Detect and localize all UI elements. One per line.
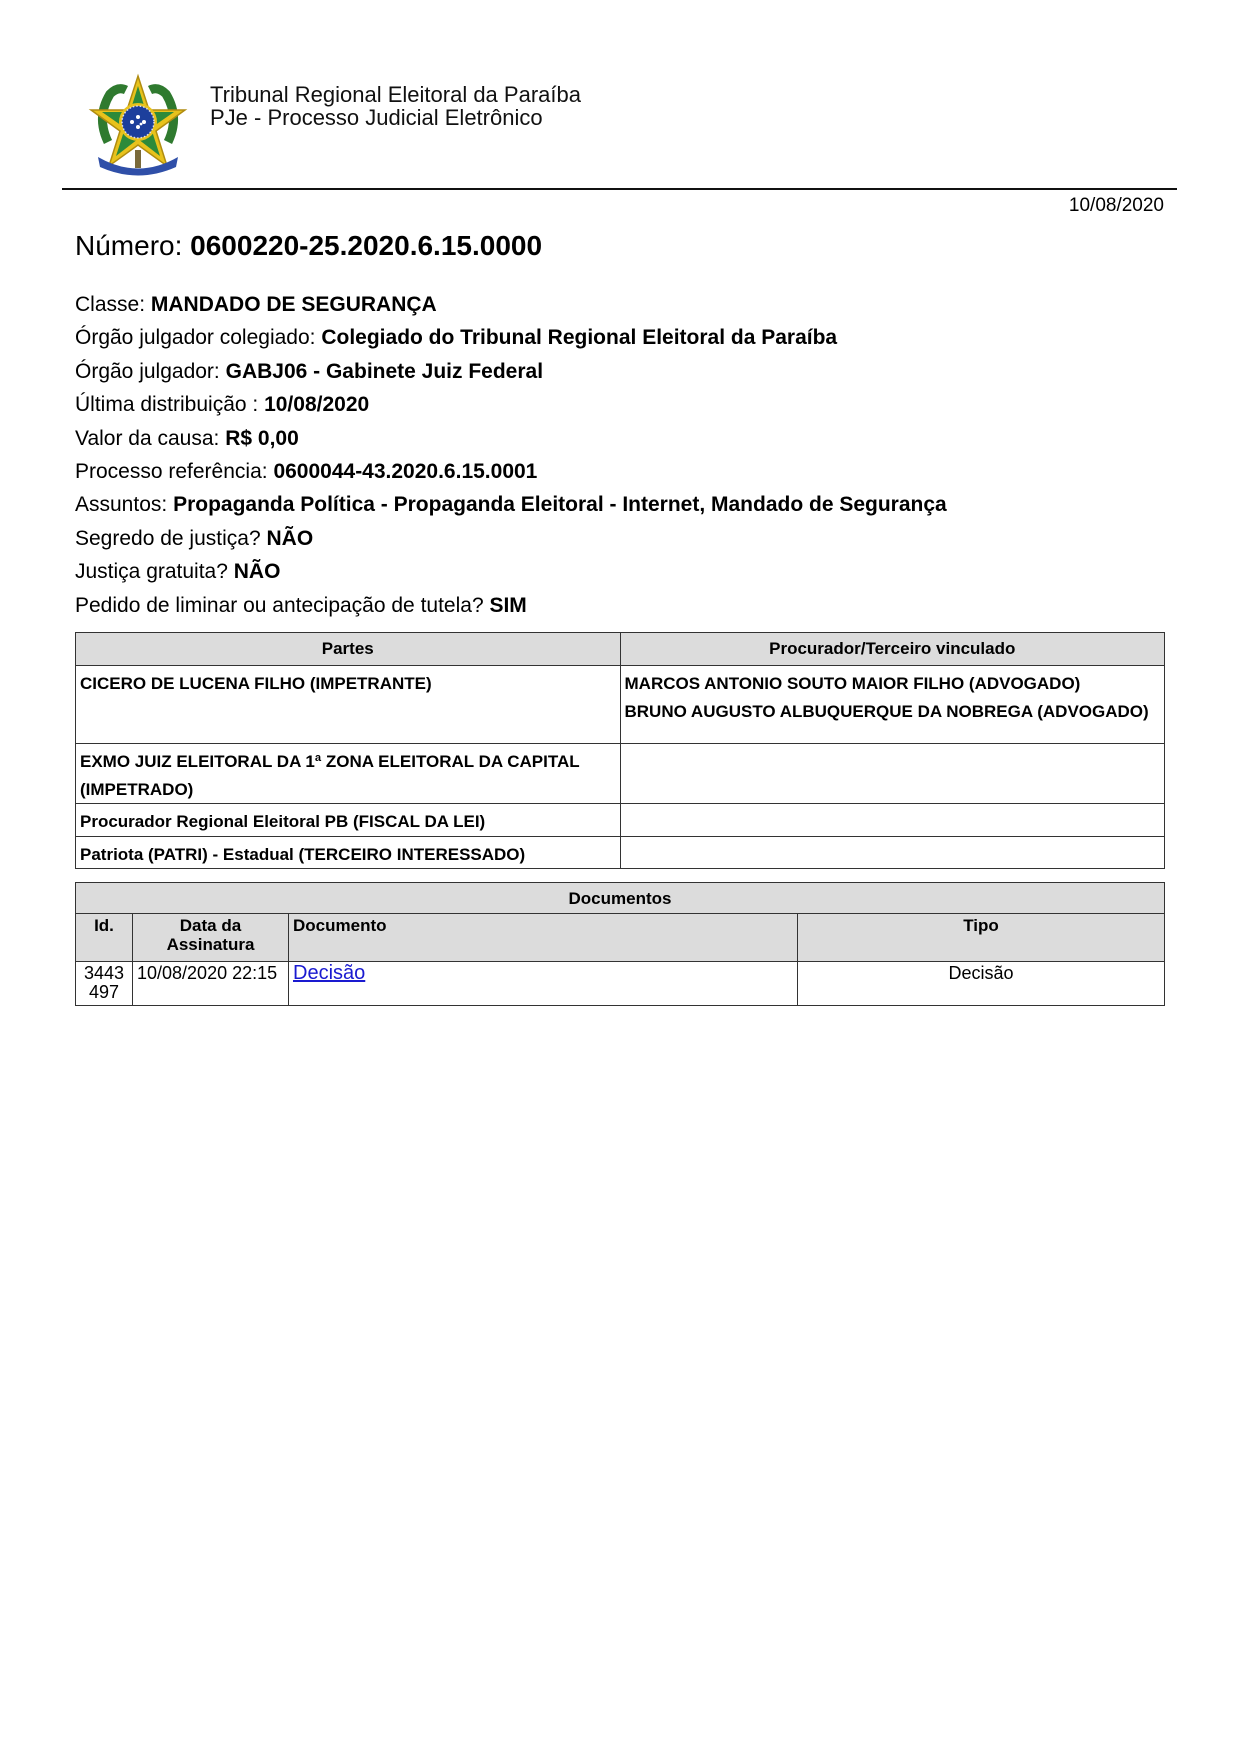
partes-row: EXMO JUIZ ELEITORAL DA 1ª ZONA ELEITORAL… [76, 744, 1165, 804]
documento-data: 10/08/2020 22:15 [133, 962, 289, 1006]
partes-row: Patriota (PATRI) - Estadual (TERCEIRO IN… [76, 836, 1165, 869]
field-value: SIM [489, 594, 526, 617]
institution-block: Tribunal Regional Eleitoral da Paraíba P… [210, 83, 581, 129]
documento-row: 344349710/08/2020 22:15DecisãoDecisão [76, 962, 1165, 1006]
documento-tipo: Decisão [798, 962, 1165, 1006]
field-value: 0600044-43.2020.6.15.0001 [273, 460, 537, 483]
field-row: Segredo de justiça? NÃO [75, 522, 947, 555]
documento-link[interactable]: Decisão [293, 962, 365, 984]
institution-name: Tribunal Regional Eleitoral da Paraíba [210, 83, 581, 106]
parte-cell: CICERO DE LUCENA FILHO (IMPETRANTE) [76, 666, 621, 744]
field-label: Processo referência: [75, 460, 268, 483]
field-row: Órgão julgador colegiado: Colegiado do T… [75, 321, 947, 354]
id-header: Id. [76, 914, 133, 962]
field-row: Justiça gratuita? NÃO [75, 555, 947, 588]
field-value: GABJ06 - Gabinete Juiz Federal [226, 360, 543, 383]
field-row: Pedido de liminar ou antecipação de tute… [75, 589, 947, 622]
procurador-name: MARCOS ANTONIO SOUTO MAIOR FILHO (ADVOGA… [625, 670, 1161, 698]
field-label: Assuntos: [75, 493, 167, 516]
procurador-cell [620, 836, 1165, 869]
field-label: Segredo de justiça? [75, 527, 261, 550]
data-header: Data da Assinatura [133, 914, 289, 962]
field-value: 10/08/2020 [264, 393, 369, 416]
procurador-name: BRUNO AUGUSTO ALBUQUERQUE DA NOBREGA (AD… [625, 698, 1161, 726]
print-date: 10/08/2020 [1069, 195, 1164, 217]
field-row: Valor da causa: R$ 0,00 [75, 422, 947, 455]
field-row: Assuntos: Propaganda Política - Propagan… [75, 488, 947, 521]
field-row: Órgão julgador: GABJ06 - Gabinete Juiz F… [75, 355, 947, 388]
documentos-header-row: Id. Data da Assinatura Documento Tipo [76, 914, 1165, 962]
process-number-label: Número: [75, 230, 182, 261]
process-number: Número: 0600220-25.2020.6.15.0000 [75, 230, 542, 262]
tipo-header: Tipo [798, 914, 1165, 962]
field-row: Classe: MANDADO DE SEGURANÇA [75, 288, 947, 321]
page-header: Tribunal Regional Eleitoral da Paraíba P… [62, 60, 1177, 190]
field-row: Processo referência: 0600044-43.2020.6.1… [75, 455, 947, 488]
parte-cell: Procurador Regional Eleitoral PB (FISCAL… [76, 804, 621, 837]
partes-row: Procurador Regional Eleitoral PB (FISCAL… [76, 804, 1165, 837]
field-label: Órgão julgador: [75, 360, 220, 383]
procurador-header: Procurador/Terceiro vinculado [620, 633, 1165, 666]
field-value: Propaganda Política - Propaganda Eleitor… [173, 493, 947, 516]
process-details: Classe: MANDADO DE SEGURANÇAÓrgão julgad… [75, 288, 947, 622]
partes-header: Partes [76, 633, 621, 666]
system-name: PJe - Processo Judicial Eletrônico [210, 106, 581, 129]
field-value: NÃO [266, 527, 313, 550]
field-label: Valor da causa: [75, 427, 219, 450]
documento-header: Documento [289, 914, 798, 962]
field-value: Colegiado do Tribunal Regional Eleitoral… [321, 326, 837, 349]
documentos-title-row: Documentos [76, 883, 1165, 914]
field-row: Última distribuição : 10/08/2020 [75, 388, 947, 421]
documento-id: 3443497 [76, 962, 133, 1006]
field-label: Classe: [75, 293, 145, 316]
field-label: Pedido de liminar ou antecipação de tute… [75, 594, 484, 617]
field-label: Justiça gratuita? [75, 560, 228, 583]
procurador-cell: MARCOS ANTONIO SOUTO MAIOR FILHO (ADVOGA… [620, 666, 1165, 744]
field-value: NÃO [234, 560, 281, 583]
parte-cell: Patriota (PATRI) - Estadual (TERCEIRO IN… [76, 836, 621, 869]
partes-row: CICERO DE LUCENA FILHO (IMPETRANTE)MARCO… [76, 666, 1165, 744]
field-label: Última distribuição : [75, 393, 258, 416]
field-value: MANDADO DE SEGURANÇA [151, 293, 437, 316]
field-value: R$ 0,00 [225, 427, 299, 450]
documentos-table: Documentos Id. Data da Assinatura Docume… [75, 882, 1165, 1006]
partes-table: Partes Procurador/Terceiro vinculado CIC… [75, 632, 1165, 869]
process-number-value: 0600220-25.2020.6.15.0000 [190, 230, 542, 261]
field-label: Órgão julgador colegiado: [75, 326, 316, 349]
documento-cell: Decisão [289, 962, 798, 1006]
partes-header-row: Partes Procurador/Terceiro vinculado [76, 633, 1165, 666]
procurador-cell [620, 744, 1165, 804]
procurador-cell [620, 804, 1165, 837]
brasao-da-republica-icon [88, 72, 188, 180]
parte-cell: EXMO JUIZ ELEITORAL DA 1ª ZONA ELEITORAL… [76, 744, 621, 804]
documentos-title: Documentos [76, 883, 1165, 914]
